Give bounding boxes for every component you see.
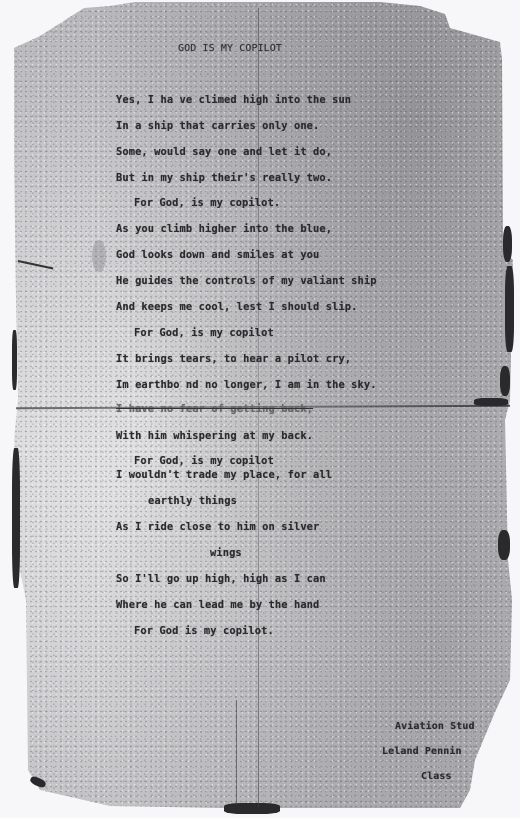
poem-line-15: wings	[210, 547, 242, 559]
poem-line-8: And keeps me cool, lest I should slip.	[116, 301, 358, 313]
signature-line-1: Aviation Stud	[395, 721, 475, 732]
poem-line-14: As I ride close to him on silver	[116, 521, 319, 533]
torn-edge-bottom	[224, 803, 280, 814]
poem-line-2: In a ship that carries only one.	[116, 120, 319, 132]
poem-line-16: So I'll go up high, high as I can	[116, 573, 326, 585]
poem-refrain-2: For God, is my copilot	[134, 327, 274, 339]
signature-line-2: Leland Pennin	[382, 746, 462, 757]
torn-edge-left-upper	[12, 330, 17, 390]
torn-edge-left	[12, 448, 20, 588]
poem-line-3: Some, would say one and let it do,	[116, 146, 332, 158]
poem-line-5: As you climb higher into the blue,	[116, 223, 332, 235]
scanned-document: GOD IS MY COPILOT Yes, I ha ve climed hi…	[0, 0, 520, 818]
torn-edge-right-lower	[500, 366, 510, 396]
poem-line-12: I wouldn't trade my place, for all	[116, 469, 332, 481]
torn-edge-right-upper	[503, 226, 512, 262]
poem-title: GOD IS MY COPILOT	[178, 43, 282, 54]
poem-line-4: But in my ship their's really two.	[116, 172, 332, 184]
poem-line-17: Where he can lead me by the hand	[116, 599, 319, 611]
poem-line-11: With him whispering at my back.	[116, 430, 313, 442]
poem-refrain-3: For God, is my copilot	[134, 455, 274, 467]
signature-line-3: Class	[421, 771, 452, 782]
poem-line-7: He guides the controls of my valiant shi…	[116, 275, 377, 287]
poem-line-9: It brings tears, to hear a pilot cry,	[116, 353, 351, 365]
poem-line-6: God looks down and smiles at you	[116, 249, 319, 261]
poem-line-struck: I have no fear of getting back,	[116, 403, 313, 415]
poem-line-13: earthly things	[148, 495, 237, 507]
torn-edge-right-spot	[498, 530, 510, 560]
smudge-mark	[92, 240, 106, 272]
poem-line-10: Im earthbo nd no longer, I am in the sky…	[116, 379, 377, 391]
torn-edge-right-mid	[505, 266, 514, 352]
poem-refrain-1: For God, is my copilot.	[134, 197, 280, 209]
vertical-tear-line	[236, 700, 237, 805]
poem-line-1: Yes, I ha ve climed high into the sun	[116, 94, 351, 106]
poem-refrain-4: For God is my copilot.	[134, 625, 274, 637]
